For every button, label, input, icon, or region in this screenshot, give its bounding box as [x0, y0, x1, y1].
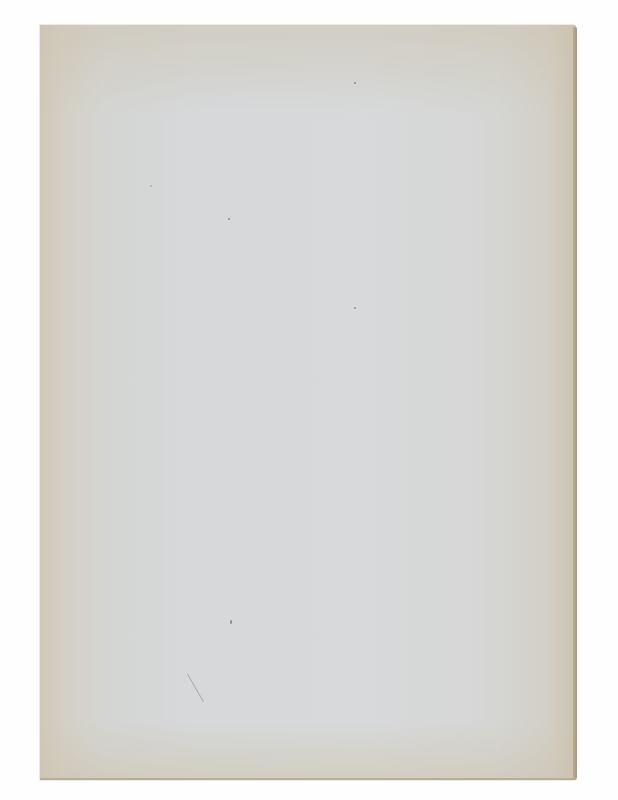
scan-background — [0, 0, 618, 800]
blank-page — [40, 25, 576, 780]
paper-speck — [150, 185, 152, 187]
page-edge-right — [573, 27, 577, 779]
paper-speck — [354, 307, 356, 309]
paper-speck — [354, 82, 356, 84]
paper-speck — [230, 620, 232, 624]
paper-speck — [228, 218, 230, 220]
page-edge-bottom — [40, 778, 576, 780]
